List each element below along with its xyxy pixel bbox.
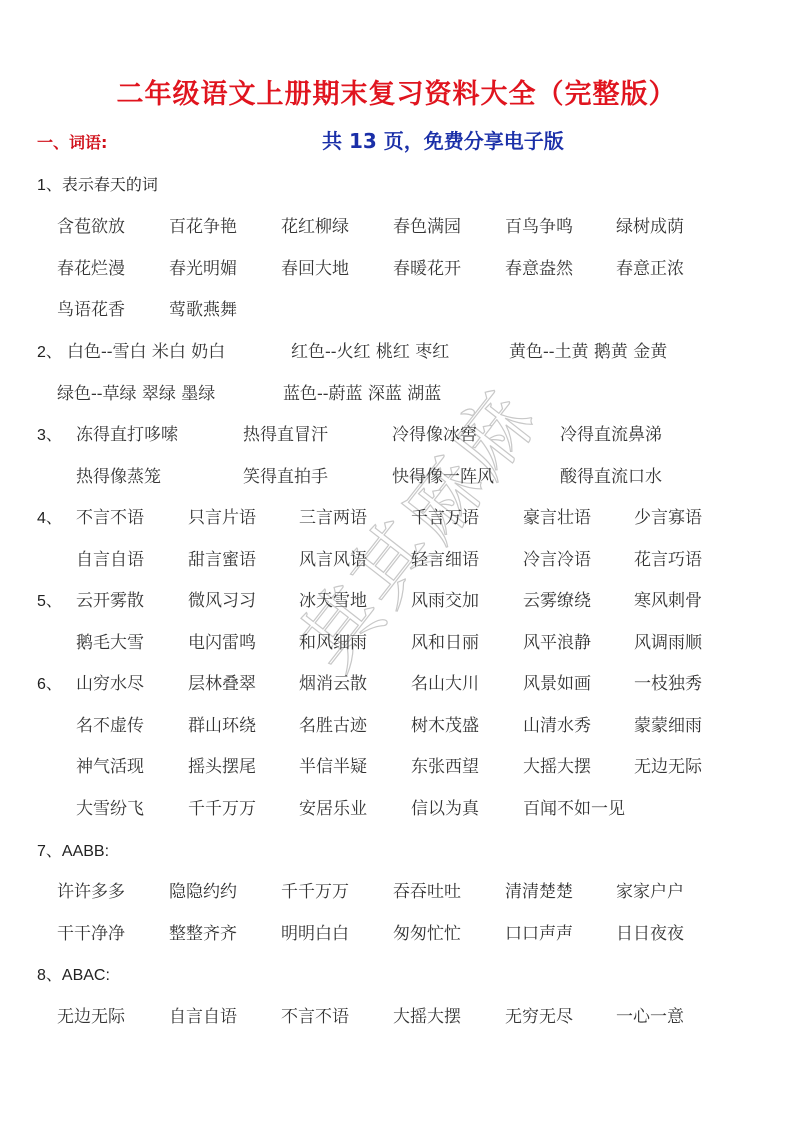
word: 整整齐齐 bbox=[169, 919, 237, 944]
group-label: 4、 bbox=[37, 505, 62, 528]
group-label: 3、 bbox=[37, 422, 62, 445]
word: 热得直冒汗 bbox=[243, 420, 328, 445]
word: 千言万语 bbox=[411, 503, 479, 528]
word: 电闪雷鸣 bbox=[188, 628, 256, 653]
word: 一枝独秀 bbox=[634, 669, 702, 694]
word: 千千万万 bbox=[281, 877, 349, 902]
word: 冻得直打哆嗦 bbox=[76, 420, 178, 445]
word: 百鸟争鸣 bbox=[505, 212, 573, 237]
word: 黄色--土黄 鹅黄 金黄 bbox=[509, 337, 667, 362]
word: 日日夜夜 bbox=[616, 919, 684, 944]
word: 绿色--草绿 翠绿 墨绿 bbox=[57, 379, 215, 404]
word: 只言片语 bbox=[188, 503, 256, 528]
word: 风调雨顺 bbox=[634, 628, 702, 653]
word: 清清楚楚 bbox=[505, 877, 573, 902]
word: 鹅毛大雪 bbox=[76, 628, 144, 653]
word: 云开雾散 bbox=[76, 586, 144, 611]
word: 酸得直流口水 bbox=[560, 462, 662, 487]
word: 快得像一阵风 bbox=[392, 462, 494, 487]
word: 风雨交加 bbox=[411, 586, 479, 611]
word: 无穷无尽 bbox=[505, 1002, 573, 1027]
word: 名不虚传 bbox=[76, 711, 144, 736]
word: 一心一意 bbox=[616, 1002, 684, 1027]
document-title: 二年级语文上册期末复习资料大全（完整版） bbox=[0, 72, 793, 111]
word: 和风细雨 bbox=[299, 628, 367, 653]
word: 蓝色--蔚蓝 深蓝 湖蓝 bbox=[283, 379, 441, 404]
word: 半信半疑 bbox=[299, 752, 367, 777]
word: 冰天雪地 bbox=[299, 586, 367, 611]
word: 口口声声 bbox=[505, 919, 573, 944]
word: 豪言壮语 bbox=[523, 503, 591, 528]
word: 笑得直拍手 bbox=[243, 462, 328, 487]
word: 千千万万 bbox=[188, 794, 256, 819]
word: 风和日丽 bbox=[411, 628, 479, 653]
word: 冷得直流鼻涕 bbox=[560, 420, 662, 445]
group-label: 8、ABAC: bbox=[37, 962, 110, 985]
word: 信以为真 bbox=[411, 794, 479, 819]
word: 匆匆忙忙 bbox=[393, 919, 461, 944]
word: 隐隐约约 bbox=[169, 877, 237, 902]
word: 山清水秀 bbox=[523, 711, 591, 736]
word: 春色满园 bbox=[393, 212, 461, 237]
word: 群山环绕 bbox=[188, 711, 256, 736]
word: 名胜古迹 bbox=[299, 711, 367, 736]
word: 寒风刺骨 bbox=[634, 586, 702, 611]
word: 春花烂漫 bbox=[57, 254, 125, 279]
word: 莺歌燕舞 bbox=[169, 295, 237, 320]
group-label: 7、AABB: bbox=[37, 838, 109, 861]
word: 山穷水尽 bbox=[76, 669, 144, 694]
word: 自言自语 bbox=[76, 545, 144, 570]
group-label: 5、 bbox=[37, 588, 62, 611]
group-label: 1、表示春天的词 bbox=[37, 172, 158, 195]
word: 家家户户 bbox=[616, 877, 684, 902]
word: 含苞欲放 bbox=[57, 212, 125, 237]
word: 蒙蒙细雨 bbox=[634, 711, 702, 736]
word: 不言不语 bbox=[76, 503, 144, 528]
word: 不言不语 bbox=[281, 1002, 349, 1027]
word: 东张西望 bbox=[411, 752, 479, 777]
word: 层林叠翠 bbox=[188, 669, 256, 694]
word: 风平浪静 bbox=[523, 628, 591, 653]
word: 干干净净 bbox=[57, 919, 125, 944]
word: 摇头摆尾 bbox=[188, 752, 256, 777]
word: 风言风语 bbox=[299, 545, 367, 570]
word: 大摇大摆 bbox=[523, 752, 591, 777]
word: 轻言细语 bbox=[411, 545, 479, 570]
section-heading: 一、词语: bbox=[37, 130, 107, 153]
word: 名山大川 bbox=[411, 669, 479, 694]
word: 花言巧语 bbox=[634, 545, 702, 570]
word: 冷言冷语 bbox=[523, 545, 591, 570]
word: 神气活现 bbox=[76, 752, 144, 777]
word: 冷得像冰窖 bbox=[392, 420, 477, 445]
word: 吞吞吐吐 bbox=[393, 877, 461, 902]
word: 春暖花开 bbox=[393, 254, 461, 279]
word: 烟消云散 bbox=[299, 669, 367, 694]
word: 绿树成荫 bbox=[616, 212, 684, 237]
word: 红色--火红 桃红 枣红 bbox=[291, 337, 449, 362]
word: 无边无际 bbox=[634, 752, 702, 777]
word: 百闻不如一见 bbox=[523, 794, 625, 819]
word: 大雪纷飞 bbox=[76, 794, 144, 819]
word: 热得像蒸笼 bbox=[76, 462, 161, 487]
word: 明明白白 bbox=[281, 919, 349, 944]
word: 微风习习 bbox=[188, 586, 256, 611]
word: 树木茂盛 bbox=[411, 711, 479, 736]
word: 鸟语花香 bbox=[57, 295, 125, 320]
word: 三言两语 bbox=[299, 503, 367, 528]
group-label: 6、 bbox=[37, 671, 62, 694]
share-note: 共 13 页，免费分享电子版 bbox=[322, 125, 564, 154]
word: 百花争艳 bbox=[169, 212, 237, 237]
word: 少言寡语 bbox=[634, 503, 702, 528]
word: 春光明媚 bbox=[169, 254, 237, 279]
word: 云雾缭绕 bbox=[523, 586, 591, 611]
word: 春意盎然 bbox=[505, 254, 573, 279]
word: 白色--雪白 米白 奶白 bbox=[67, 337, 225, 362]
word: 大摇大摆 bbox=[393, 1002, 461, 1027]
word: 花红柳绿 bbox=[281, 212, 349, 237]
word: 春回大地 bbox=[281, 254, 349, 279]
word: 许许多多 bbox=[57, 877, 125, 902]
word: 风景如画 bbox=[523, 669, 591, 694]
word: 春意正浓 bbox=[616, 254, 684, 279]
word: 自言自语 bbox=[169, 1002, 237, 1027]
word: 安居乐业 bbox=[299, 794, 367, 819]
word: 无边无际 bbox=[57, 1002, 125, 1027]
group-label: 2、 bbox=[37, 339, 62, 362]
word: 甜言蜜语 bbox=[188, 545, 256, 570]
